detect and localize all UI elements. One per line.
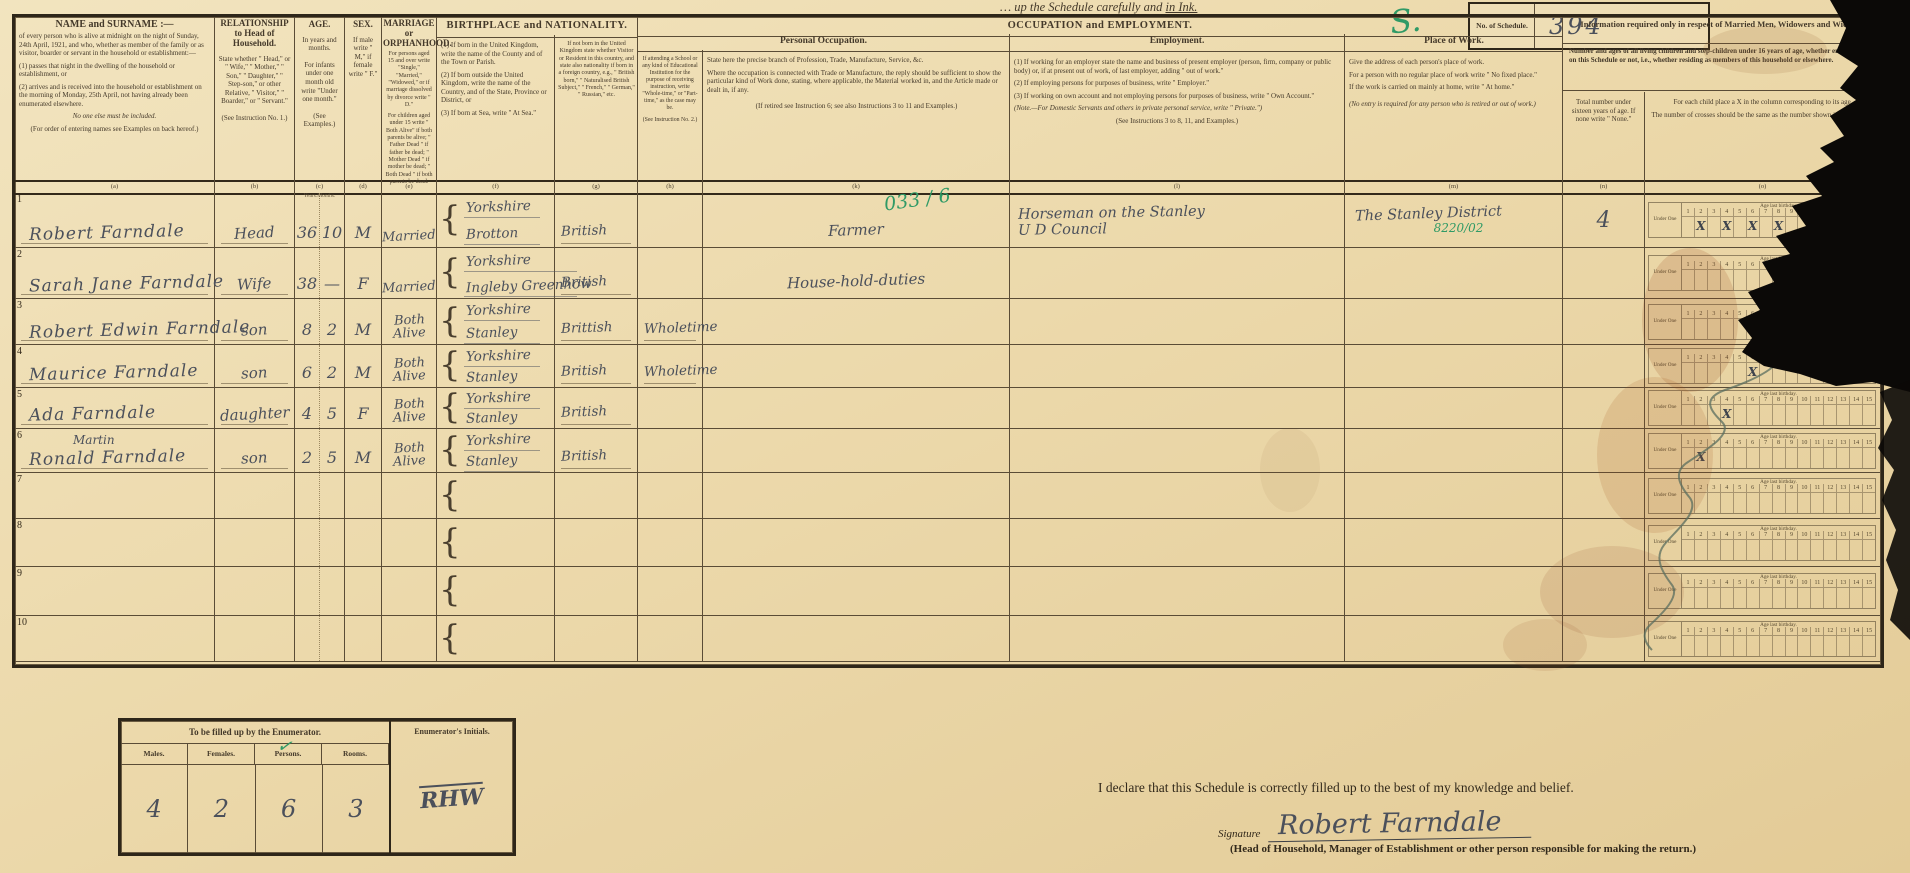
marriage-col-body2: For children aged under 15 write " Both … — [382, 111, 436, 188]
age-grid-cell — [1760, 217, 1773, 237]
employment-line1 — [1018, 405, 1344, 411]
person-name: Robert Farndale — [29, 221, 185, 245]
age-grid-cell — [1798, 405, 1811, 425]
age-grid-number: 7 — [1760, 396, 1773, 404]
age-grid-cell — [1773, 636, 1786, 656]
cell-marriage: Married — [382, 248, 437, 298]
age-grid-cell — [1863, 405, 1875, 425]
age-grid-cell — [1811, 636, 1824, 656]
letter-a: (a) — [15, 180, 215, 193]
age-grid-number: 3 — [1708, 484, 1721, 492]
age-months: — — [319, 248, 344, 298]
under-one-label: Under One — [1649, 479, 1682, 513]
cell-sex: M — [345, 193, 382, 247]
age-grid-cell — [1734, 540, 1747, 560]
cell-nationality: British — [555, 345, 638, 387]
birthplace-line2: Brotton — [462, 225, 554, 243]
age-grid-number: 12 — [1824, 627, 1837, 635]
age-grid-number: 5 — [1734, 208, 1747, 216]
cell-birthplace: {YorkshireStanley — [437, 388, 555, 428]
person-name: Ronald Farndale — [29, 446, 187, 470]
cell-birthplace: {YorkshireStanley — [437, 299, 555, 344]
nationality-value: British — [561, 222, 608, 240]
birthplace-line1: Yorkshire — [462, 431, 554, 449]
age-grid-number: 1 — [1682, 579, 1695, 587]
age-grid-cell — [1786, 319, 1799, 339]
birthplace-item3: (3) If born at Sea, write " At Sea." — [437, 107, 554, 120]
col-header-relationship: RELATIONSHIP to Head of Household. State… — [215, 17, 295, 180]
age-grid-number: 13 — [1837, 439, 1850, 447]
age-grid-cell — [1708, 217, 1721, 237]
cell-total-under-16 — [1563, 519, 1645, 566]
birthplace-county: Yorkshire — [465, 197, 530, 215]
child-age-grid: Under OneAge last birthday.1234567891011… — [1648, 390, 1876, 426]
age-grid-cell — [1850, 363, 1863, 383]
birthplace-item2: (2) If born outside the United Kingdom, … — [437, 69, 554, 107]
cell-occupation — [703, 473, 1010, 518]
birthplace-brace: { — [439, 352, 461, 379]
sex-value: M — [355, 320, 371, 339]
employment-item2: (2) If employing persons for purposes of… — [1010, 77, 1344, 90]
cell-sex: F — [345, 388, 382, 428]
age-grid-number: 10 — [1798, 579, 1811, 587]
place-note: (No entry is required for any person who… — [1345, 98, 1563, 111]
age-grid-cell — [1747, 636, 1760, 656]
age-grid-cell — [1811, 405, 1824, 425]
age-grid-number: 7 — [1760, 579, 1773, 587]
birthplace-county: Yorkshire — [465, 251, 530, 269]
age-grid-cell — [1734, 217, 1747, 237]
row-number: 5 — [17, 389, 22, 400]
cross-grid-body2: The number of crosses should be the same… — [1645, 109, 1881, 122]
age-grid-number: 3 — [1708, 310, 1721, 318]
age-grid-number: 6 — [1747, 531, 1760, 539]
age-grid-number: 8 — [1773, 579, 1786, 587]
age-grid-cell — [1760, 270, 1773, 290]
age-grid-cell — [1773, 448, 1786, 468]
age-last-birthday-label: Age last birthday. — [1682, 574, 1875, 580]
table-row: 3Robert Edwin Farndaleson82MBothAlive{Yo… — [15, 299, 1881, 345]
cell-age: 45 — [295, 388, 345, 428]
age-grid-cell — [1786, 217, 1799, 237]
age-cross-mark: X — [1695, 217, 1708, 237]
age-grid-number: 3 — [1708, 439, 1721, 447]
census-schedule-scan: … up the Schedule carefully and in Ink. … — [0, 0, 1910, 873]
cell-relationship: son — [215, 299, 295, 344]
age-grid-cell — [1850, 493, 1863, 513]
cell-relationship: Wife — [215, 248, 295, 298]
cell-relationship — [215, 616, 295, 661]
education-body: If attending a School or any kind of Edu… — [638, 54, 702, 115]
age-grid-cell — [1708, 636, 1721, 656]
name-col-footer: (For order of entering names see Example… — [15, 123, 214, 136]
age-grid-cell — [1824, 540, 1837, 560]
age-grid-number: 13 — [1837, 310, 1850, 318]
age-grid-number: 6 — [1747, 627, 1760, 635]
age-grid-cell — [1734, 270, 1747, 290]
birthplace-line2 — [462, 545, 554, 563]
cell-total-under-16 — [1563, 345, 1645, 387]
cell-education — [638, 567, 703, 615]
cell-marriage: BothAlive — [382, 429, 437, 472]
child-age-grid: Under OneAge last birthday.1234567891011… — [1648, 525, 1876, 561]
cell-total-under-16 — [1563, 388, 1645, 428]
age-grid-cell — [1786, 363, 1799, 383]
age-grid-number: 5 — [1734, 396, 1747, 404]
age-months: 2 — [319, 345, 344, 387]
birthplace-brace: { — [439, 259, 461, 286]
col-header-name: NAME and SURNAME :— of every person who … — [15, 17, 215, 180]
cell-employment — [1010, 616, 1345, 661]
age-grid-number: 11 — [1811, 208, 1824, 216]
age-grid-cell — [1786, 493, 1799, 513]
nationality-value: British — [561, 362, 608, 380]
birthplace-line1: Yorkshire — [462, 347, 554, 365]
age-grid-number: 5 — [1734, 627, 1747, 635]
age-grid-number: 8 — [1773, 484, 1786, 492]
under-one-label: Under One — [1649, 305, 1682, 339]
age-grid-number: 5 — [1734, 531, 1747, 539]
cell-age-grid: Under OneAge last birthday.1234567891011… — [1645, 567, 1881, 615]
age-grid-number: 10 — [1798, 310, 1811, 318]
birthplace-subcol: (1) If born in the United Kingdom, write… — [437, 35, 555, 180]
cell-age-grid: Under OneAge last birthday.1234567891011… — [1645, 193, 1881, 247]
child-age-grid: Under OneAge last birthday.1234567891011… — [1648, 348, 1876, 384]
cell-occupation — [703, 299, 1010, 344]
age-grid-cell — [1773, 588, 1786, 608]
age-months: 5 — [319, 429, 344, 472]
cell-sex — [345, 616, 382, 661]
birthplace-town: Stanley — [465, 368, 517, 386]
letter-g: (g) — [555, 180, 638, 193]
cell-education: Wholetime — [638, 299, 703, 344]
age-grid-number: 1 — [1682, 439, 1695, 447]
birthplace-line2 — [462, 498, 554, 516]
age-grid-cell — [1773, 270, 1786, 290]
age-years: 6 — [295, 345, 319, 387]
age-grid-number: 14 — [1850, 310, 1863, 318]
employment-note: (Note.—For Domestic Servants and others … — [1010, 102, 1344, 115]
cell-birthplace: {YorkshireBrotton — [437, 193, 555, 247]
age-col-body1: In years and months. — [295, 34, 344, 55]
age-grid-cell — [1798, 493, 1811, 513]
under-one-label: Under One — [1649, 526, 1682, 560]
cell-employment — [1010, 519, 1345, 566]
signature-label: Signature — [1218, 828, 1260, 840]
place-item1: Give the address of each person's place … — [1345, 56, 1563, 69]
age-grid-number: 11 — [1811, 484, 1824, 492]
age-col-footer: (See Examples.) — [295, 110, 344, 131]
age-grid-number: 12 — [1824, 261, 1837, 269]
age-grid-number: 12 — [1824, 208, 1837, 216]
letter-d: (d) — [345, 180, 382, 193]
nationality-value: British — [561, 403, 608, 421]
marriage-line2: Alive — [392, 370, 425, 385]
birthplace-line1: Yorkshire — [462, 389, 554, 407]
info-group-body: Number and ages of all living children a… — [1563, 44, 1881, 91]
sex-value: F — [357, 274, 368, 293]
place-of-work-section: Place of Work. Give the address of each … — [1345, 34, 1563, 180]
birthplace-line2: Stanley — [462, 324, 554, 342]
enumerator-initials-signature: RHW — [419, 783, 484, 813]
cell-occupation — [703, 567, 1010, 615]
cell-sex — [345, 473, 382, 518]
row-number: 6 — [17, 430, 22, 441]
age-cross-mark: X — [1695, 448, 1708, 468]
cell-birthplace: {YorkshireStanley — [437, 429, 555, 472]
age-units-years: Years. — [304, 193, 318, 199]
cell-marriage — [382, 616, 437, 661]
cell-relationship: son — [215, 429, 295, 472]
age-grid-cell — [1798, 636, 1811, 656]
birthplace-brace: { — [439, 394, 461, 421]
age-grid-number: 8 — [1773, 439, 1786, 447]
cell-marriage — [382, 567, 437, 615]
age-grid-cell — [1682, 363, 1695, 383]
cell-age-grid: Under OneAge last birthday.1234567891011… — [1645, 473, 1881, 518]
cell-place-of-work — [1345, 299, 1563, 344]
place-of-work-value — [1355, 404, 1562, 411]
age-grid-cell — [1760, 319, 1773, 339]
cell-relationship — [215, 567, 295, 615]
age-last-birthday-label: Age last birthday. — [1682, 256, 1875, 262]
age-grid-number: 11 — [1811, 579, 1824, 587]
age-grid-cell — [1695, 363, 1708, 383]
letter-k: (k) — [703, 180, 1010, 193]
age-grid-number: 9 — [1786, 531, 1799, 539]
age-grid-number: 15 — [1863, 310, 1875, 318]
age-grid-number: 15 — [1863, 484, 1875, 492]
age-grid-number: 1 — [1682, 354, 1695, 362]
cell-occupation — [703, 429, 1010, 472]
age-grid-number: 14 — [1850, 531, 1863, 539]
occupation-body2: Where the occupation is connected with T… — [703, 67, 1010, 97]
age-grid-number: 3 — [1708, 396, 1721, 404]
age-grid-cell — [1695, 270, 1708, 290]
cell-name: 5Ada Farndale — [15, 388, 215, 428]
age-grid-number: 1 — [1682, 261, 1695, 269]
place-of-work-value — [1355, 269, 1562, 276]
age-years-value: 38 — [297, 274, 317, 293]
age-grid-cell — [1786, 588, 1799, 608]
age-grid-cell — [1798, 540, 1811, 560]
birthplace-brace: { — [439, 206, 461, 233]
age-grid-cell — [1798, 270, 1811, 290]
age-grid-cell — [1863, 588, 1875, 608]
cell-age: 25 — [295, 429, 345, 472]
cell-name: 2Sarah Jane Farndale — [15, 248, 215, 298]
age-grid-number: 2 — [1695, 484, 1708, 492]
relationship-value: son — [241, 448, 268, 467]
age-cross-mark: X — [1773, 217, 1786, 237]
cell-place-of-work — [1345, 429, 1563, 472]
cell-place-of-work — [1345, 519, 1563, 566]
age-grid-cell — [1811, 448, 1824, 468]
cell-occupation: House-hold-duties — [703, 248, 1010, 298]
age-grid-number: 15 — [1863, 627, 1875, 635]
under-one-label: Under One — [1649, 391, 1682, 425]
census-form: NAME and SURNAME :— of every person who … — [12, 14, 1884, 668]
age-grid-number: 6 — [1747, 439, 1760, 447]
cell-sex: M — [345, 345, 382, 387]
age-grid-cell — [1811, 217, 1824, 237]
age-grid-number: 15 — [1863, 439, 1875, 447]
age-grid-cell — [1850, 270, 1863, 290]
employment-item3: (3) If working on own account and not em… — [1010, 90, 1344, 103]
occupation-value: House-hold-duties — [787, 270, 926, 293]
age-grid-cell — [1695, 588, 1708, 608]
age-grid-number: 13 — [1837, 208, 1850, 216]
cell-sex — [345, 567, 382, 615]
under-one-label: Under One — [1649, 256, 1682, 290]
employment-line2 — [1018, 636, 1344, 642]
age-grid-number: 8 — [1773, 261, 1786, 269]
age-grid-cell — [1798, 588, 1811, 608]
letter-c: (c) — [295, 180, 345, 193]
age-grid-number: 1 — [1682, 531, 1695, 539]
age-grid-cell — [1682, 493, 1695, 513]
birthplace-brace: { — [439, 625, 461, 652]
age-grid-cell — [1863, 217, 1875, 237]
cell-relationship — [215, 519, 295, 566]
cell-name: 3Robert Edwin Farndale — [15, 299, 215, 344]
age-grid-number: 15 — [1863, 208, 1875, 216]
age-grid-cell — [1708, 270, 1721, 290]
age-years — [295, 519, 319, 566]
cell-marriage: BothAlive — [382, 388, 437, 428]
age-grid-number: 14 — [1850, 261, 1863, 269]
cell-nationality: British — [555, 388, 638, 428]
birthplace-town: Stanley — [465, 452, 517, 470]
age-grid-cell — [1708, 588, 1721, 608]
age-grid-number: 9 — [1786, 579, 1799, 587]
age-grid-number: 4 — [1721, 484, 1734, 492]
age-grid-cell — [1863, 363, 1875, 383]
age-grid-number: 4 — [1721, 208, 1734, 216]
age-last-birthday-label: Age last birthday. — [1682, 526, 1875, 532]
sex-col-title: SEX. — [345, 17, 381, 30]
row-number: 2 — [17, 249, 22, 260]
age-grid-cell — [1850, 448, 1863, 468]
cell-name: 6MartinRonald Farndale — [15, 429, 215, 472]
age-grid-cell — [1811, 588, 1824, 608]
age-grid-cell — [1734, 636, 1747, 656]
under-one-label: Under One — [1649, 574, 1682, 608]
sex-value: M — [355, 223, 371, 242]
relationship-value: daughter — [219, 403, 289, 425]
age-grid-number: 2 — [1695, 396, 1708, 404]
age-cross-mark: X — [1747, 363, 1760, 383]
birthplace-county: Yorkshire — [465, 431, 530, 449]
age-years-value: 2 — [302, 448, 312, 467]
age-grid-cell — [1863, 448, 1875, 468]
age-grid-number: 14 — [1850, 579, 1863, 587]
age-grid-number: 9 — [1786, 439, 1799, 447]
age-grid-number: 11 — [1811, 261, 1824, 269]
age-col-title: AGE. — [295, 17, 344, 30]
age-grid-number: 14 — [1850, 208, 1863, 216]
age-grid-number: 3 — [1708, 531, 1721, 539]
place-of-work-value — [1355, 492, 1562, 499]
age-grid-cell — [1708, 493, 1721, 513]
age-grid-number: 11 — [1811, 439, 1824, 447]
cell-employment — [1010, 388, 1345, 428]
age-grid-cell — [1824, 270, 1837, 290]
cell-birthplace: { — [437, 567, 555, 615]
signature-value: Robert Farndale — [1268, 806, 1532, 843]
cell-employment — [1010, 299, 1345, 344]
cell-age-grid: Under OneAge last birthday.1234567891011… — [1645, 616, 1881, 661]
age-grid-cell — [1682, 405, 1695, 425]
rooms-header: Rooms. — [322, 744, 389, 764]
age-grid-cell — [1824, 448, 1837, 468]
employment-line2 — [1018, 363, 1344, 369]
relationship-value: Head — [234, 223, 275, 243]
age-grid-number: 12 — [1824, 354, 1837, 362]
cell-occupation: Farmer033 / 6 — [703, 193, 1010, 247]
marriage-col-title: MARRIAGE or ORPHANHOOD. — [382, 17, 436, 49]
sex-value: M — [355, 448, 371, 467]
age-grid-cell — [1747, 493, 1760, 513]
top-instruction-fragment: … up the Schedule carefully and in Ink. — [1000, 0, 1197, 15]
birthplace-brace: { — [439, 482, 461, 509]
cell-total-under-16 — [1563, 429, 1645, 472]
birthplace-county: Yorkshire — [465, 301, 530, 319]
age-grid-cell — [1682, 270, 1695, 290]
letter-o: (o) — [1645, 180, 1881, 193]
age-years-value: 6 — [302, 363, 312, 382]
age-years — [295, 616, 319, 661]
cell-age — [295, 473, 345, 518]
cell-occupation — [703, 345, 1010, 387]
cross-grid-body1: For each child place a X in the column c… — [1645, 96, 1881, 109]
birthplace-line2: Stanley — [462, 368, 554, 386]
age-grid-cell — [1682, 319, 1695, 339]
cell-name: 4Maurice Farndale — [15, 345, 215, 387]
age-months — [319, 473, 344, 518]
education-footer: (See Instruction No. 2.) — [638, 115, 702, 126]
age-grid-cell — [1773, 540, 1786, 560]
age-grid-cell — [1734, 405, 1747, 425]
top-fragment-ink: in Ink. — [1165, 0, 1197, 14]
age-grid-cell — [1811, 319, 1824, 339]
table-row: 9{Under OneAge last birthday.12345678910… — [15, 567, 1881, 616]
age-months: 2 — [319, 299, 344, 344]
cell-nationality: Brittish — [555, 299, 638, 344]
age-grid-cell — [1850, 217, 1863, 237]
cross-grid-subcol: For each child place a X in the column c… — [1645, 92, 1881, 180]
age-grid-number: 4 — [1721, 354, 1734, 362]
cell-sex — [345, 519, 382, 566]
age-months-value: — — [324, 274, 340, 293]
age-grid-number: 8 — [1773, 396, 1786, 404]
cell-birthplace: { — [437, 473, 555, 518]
age-cross-mark: X — [1721, 405, 1734, 425]
letter-b: (b) — [215, 180, 295, 193]
age-grid-number: 4 — [1721, 627, 1734, 635]
age-grid-number: 4 — [1721, 261, 1734, 269]
employment-line1 — [1018, 540, 1344, 546]
age-grid-number: 5 — [1734, 439, 1747, 447]
birthplace-county: Yorkshire — [465, 389, 530, 407]
age-last-birthday-label: Age last birthday. — [1682, 622, 1875, 628]
name-col-intro: of every person who is alive at midnight… — [15, 30, 214, 60]
age-grid-number: 6 — [1747, 310, 1760, 318]
birthplace-line2: Stanley — [462, 409, 554, 427]
age-grid-cell — [1760, 493, 1773, 513]
col-header-birthplace-group: BIRTHPLACE and NATIONALITY. (1) If born … — [437, 17, 638, 180]
age-months-value: 5 — [327, 448, 337, 467]
